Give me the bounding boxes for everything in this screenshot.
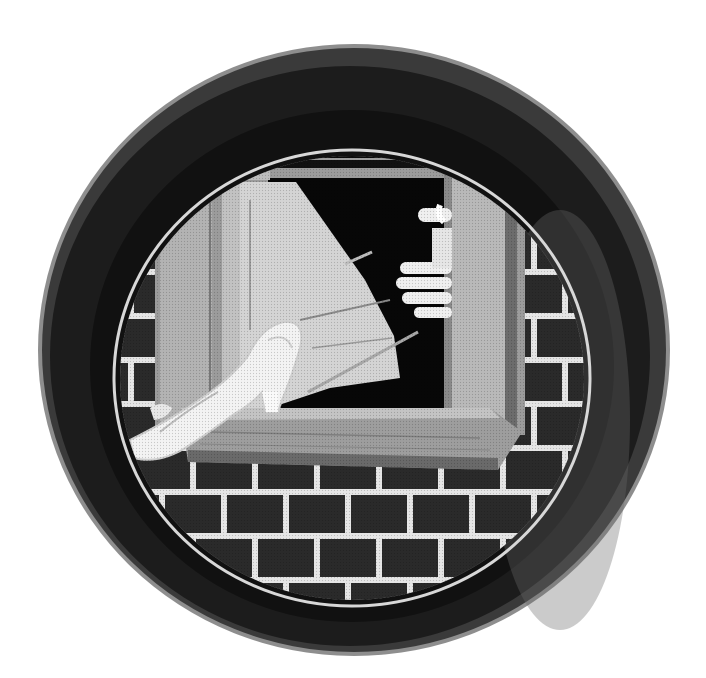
badge-illustration	[0, 0, 706, 678]
